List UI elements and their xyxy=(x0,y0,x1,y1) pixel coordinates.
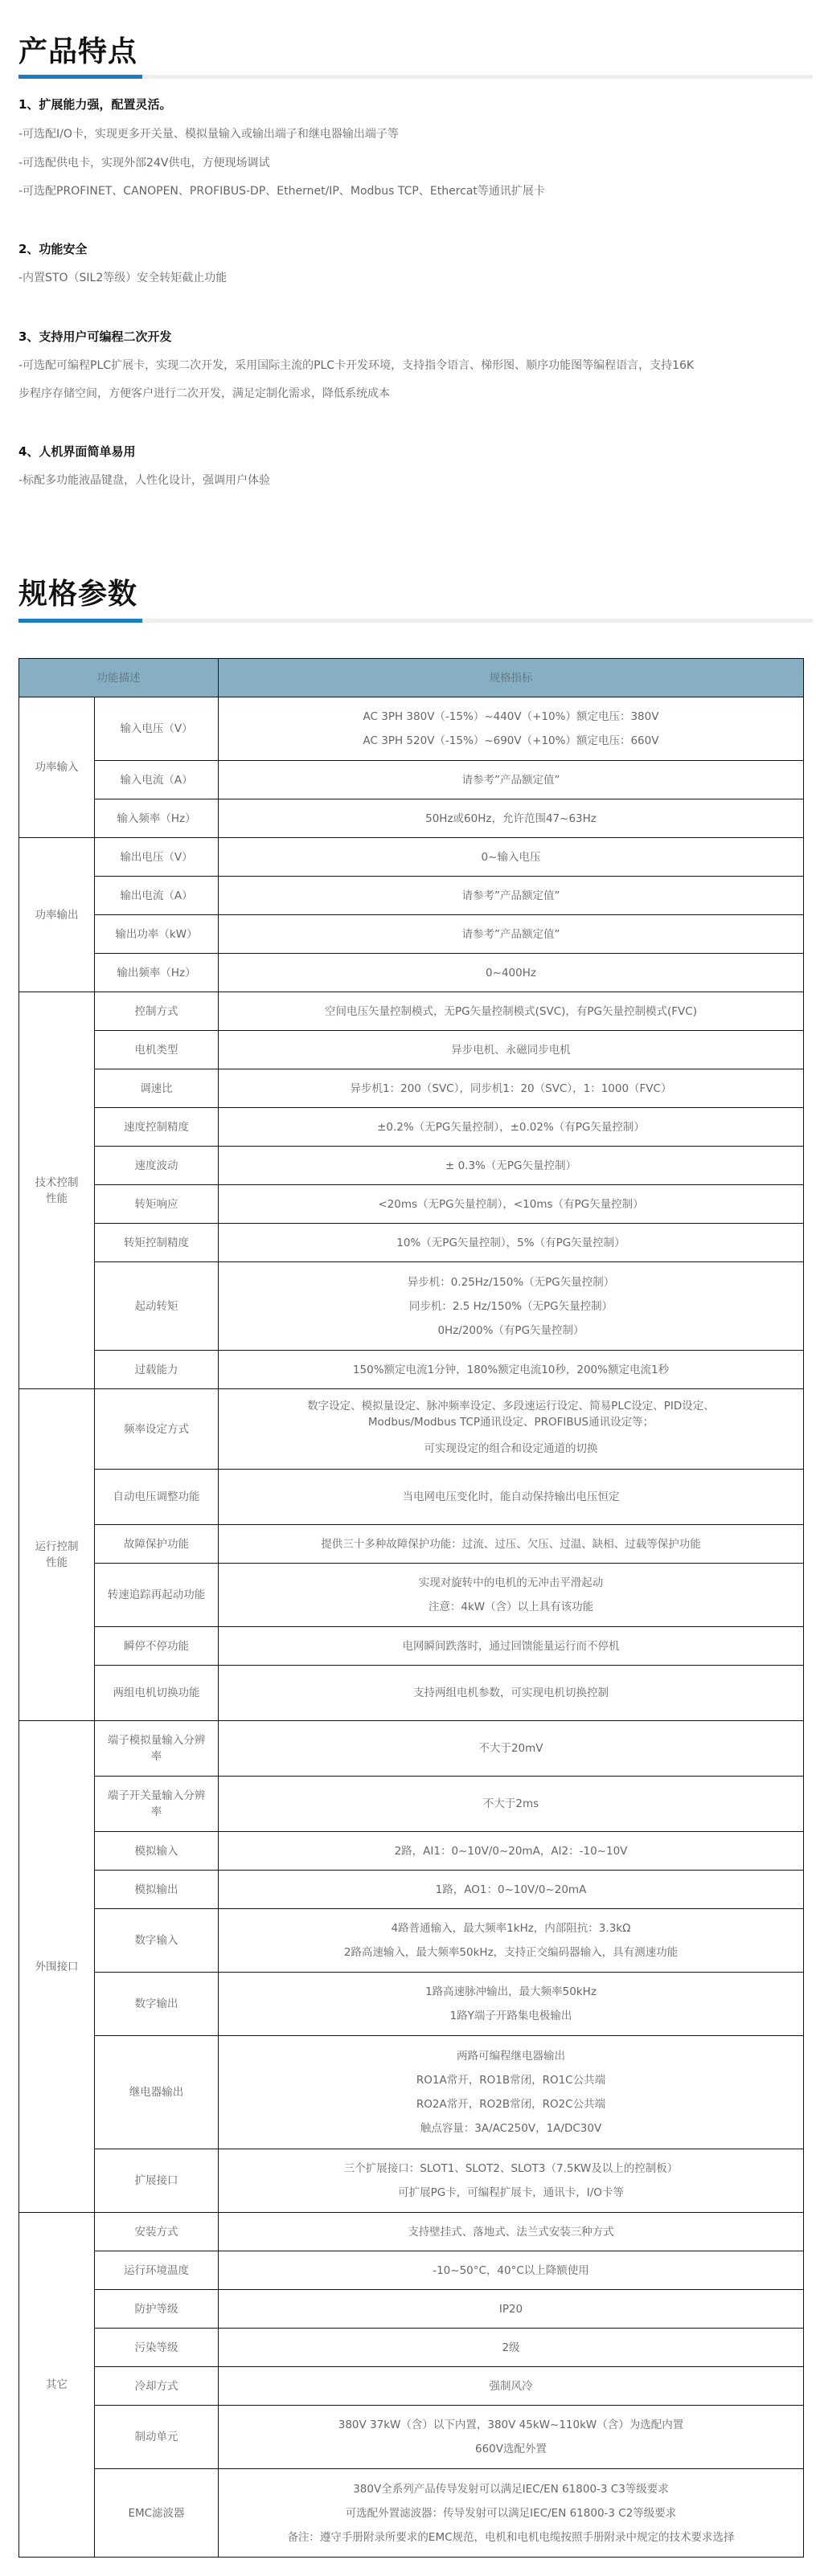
spec-label: 输入频率（Hz） xyxy=(95,799,219,838)
spec-value-line: 10%（无PG矢量控制），5%（有PG矢量控制） xyxy=(223,1231,798,1255)
table-row: 两组电机切换功能支持两组电机参数，可实现电机切换控制 xyxy=(19,1666,804,1721)
spec-value: 支持壁挂式、落地式、法兰式安装三种方式 xyxy=(219,2213,804,2251)
spec-label: 模拟输出 xyxy=(95,1871,219,1909)
spec-label: 输入电流（A） xyxy=(95,761,219,799)
spec-value-line: 380V全系列产品传导发射可以满足IEC/EN 61800-3 C3等级要求 xyxy=(223,2477,798,2501)
group-label: 功率输出 xyxy=(19,838,95,992)
table-row: 扩展接口三个扩展接口：SLOT1、SLOT2、SLOT3（7.5KW及以上的控制… xyxy=(19,2149,804,2213)
spec-value-line: 触点容量：3A/AC250V，1A/DC30V xyxy=(223,2116,798,2141)
spec-label: 数字输入 xyxy=(95,1909,219,1973)
spec-value-line: 异步机：0.25Hz/150%（无PG矢量控制） xyxy=(223,1270,798,1294)
title-accent-bar xyxy=(18,75,142,79)
group-label: 外围接口 xyxy=(19,1721,95,2213)
spec-value: 4路普通输入，最大频率1kHz，内部阻抗：3.3kΩ2路高速输入，最大频率50k… xyxy=(219,1909,804,1973)
spec-value: <20ms（无PG矢量控制），<10ms（有PG矢量控制） xyxy=(219,1185,804,1224)
spec-value: ±0.2%（无PG矢量控制），±0.02%（有PG矢量控制） xyxy=(219,1108,804,1147)
spec-label: 控制方式 xyxy=(95,992,219,1031)
spec-value-line: 请参考”产品额定值” xyxy=(223,884,798,908)
spec-label: 转矩响应 xyxy=(95,1185,219,1224)
spec-value: 异步机1：200（SVC），同步机1：20（SVC），1：1000（FVC） xyxy=(219,1069,804,1108)
spec-value: 2级 xyxy=(219,2329,804,2367)
spec-label: 过载能力 xyxy=(95,1351,219,1389)
spec-value: 1路，AO1：0~10V/0~20mA xyxy=(219,1871,804,1909)
table-row: 污染等级2级 xyxy=(19,2329,804,2367)
table-row: 功率输出输出电压（V）0~输入电压 xyxy=(19,838,804,877)
feature-line: -可选配供电卡，实现外部24V供电，方便现场调试 xyxy=(18,154,269,170)
spec-label: 输出电压（V） xyxy=(95,838,219,877)
spec-value-line: 0Hz/200%（有PG矢量控制） xyxy=(223,1319,798,1343)
feature-heading-4: 4、人机界面简单易用 xyxy=(18,443,135,460)
feature-line: -可选配I/O卡，实现更多开关量、模拟量输入或输出端子和继电器输出端子等 xyxy=(18,125,399,141)
feature-line: -可选配可编程PLC扩展卡，实现二次开发，采用国际主流的PLC卡开发环境，支持指… xyxy=(18,357,694,373)
spec-value-line: 数字设定、模拟量设定、脉冲频率设定、多段速运行设定、简易PLC设定、PID设定、 xyxy=(223,1398,798,1414)
spec-value-line: 强制风冷 xyxy=(223,2374,798,2398)
spec-label: 污染等级 xyxy=(95,2329,219,2367)
spec-value: ± 0.3%（无PG矢量控制） xyxy=(219,1147,804,1185)
spec-label: 自动电压调整功能 xyxy=(95,1470,219,1525)
spec-value: 请参考”产品额定值” xyxy=(219,761,804,799)
spec-value-line: -10~50°C，40°C以上降额使用 xyxy=(223,2259,798,2283)
spec-label: 输出电流（A） xyxy=(95,877,219,915)
group-label: 技术控制性能 xyxy=(19,992,95,1389)
specs-title-underline xyxy=(18,619,813,623)
table-row: 数字输出1路高速脉冲输出，最大频率50kHz1路Y端子开路集电极输出 xyxy=(19,1973,804,2036)
spec-label: 瞬停不停功能 xyxy=(95,1627,219,1666)
spec-label: 速度波动 xyxy=(95,1147,219,1185)
spec-value: -10~50°C，40°C以上降额使用 xyxy=(219,2251,804,2290)
spec-value-line: 不大于20mV xyxy=(223,1736,798,1760)
spec-table-body: 功率输入输入电压（V）AC 3PH 380V（-15%）~440V（+10%）额… xyxy=(19,697,804,2558)
spec-label: 运行环境温度 xyxy=(95,2251,219,2290)
table-row: 调速比异步机1：200（SVC），同步机1：20（SVC），1：1000（FVC… xyxy=(19,1069,804,1108)
spec-value: 实现对旋转中的电机的无冲击平滑起动注意：4kW（含）以上具有该功能 xyxy=(219,1564,804,1627)
group-label: 功率输入 xyxy=(19,697,95,838)
spec-value-line: 注意：4kW（含）以上具有该功能 xyxy=(223,1595,798,1619)
table-row: 速度控制精度±0.2%（无PG矢量控制），±0.02%（有PG矢量控制） xyxy=(19,1108,804,1147)
table-row: 起动转矩异步机：0.25Hz/150%（无PG矢量控制）同步机：2.5 Hz/1… xyxy=(19,1262,804,1351)
spec-table: 功能描述 规格指标 功率输入输入电压（V）AC 3PH 380V（-15%）~4… xyxy=(18,658,804,2558)
spec-value-line: 异步电机、永磁同步电机 xyxy=(223,1038,798,1062)
spec-value: 10%（无PG矢量控制），5%（有PG矢量控制） xyxy=(219,1224,804,1262)
spec-value-line: Modbus/Modbus TCP通讯设定、PROFIBUS通讯设定等； xyxy=(223,1414,798,1430)
spec-value: 380V 37kW（含）以下内置，380V 45kW~110kW（含）为选配内置… xyxy=(219,2406,804,2469)
spec-value: IP20 xyxy=(219,2290,804,2329)
table-row: 模拟输入2路，AI1：0~10V/0~20mA，AI2：-10~10V xyxy=(19,1832,804,1871)
spec-value-line: 空间电压矢量控制模式，无PG矢量控制模式(SVC)，有PG矢量控制模式(FVC) xyxy=(223,1000,798,1024)
title-accent-bar xyxy=(18,619,142,623)
spec-value-line: 提供三十多种故障保护功能：过流、过压、欠压、过温、缺相、过载等保护功能 xyxy=(223,1532,798,1556)
spec-value-line: 可扩展PG卡，可编程扩展卡，通讯卡，I/O卡等 xyxy=(223,2181,798,2205)
table-row: 输出电流（A）请参考”产品额定值” xyxy=(19,877,804,915)
spec-label: 端子开关量输入分辨率 xyxy=(95,1777,219,1832)
table-row: 转矩控制精度10%（无PG矢量控制），5%（有PG矢量控制） xyxy=(19,1224,804,1262)
table-row: 模拟输出1路，AO1：0~10V/0~20mA xyxy=(19,1871,804,1909)
header-function: 功能描述 xyxy=(19,659,219,697)
table-row: 故障保护功能提供三十多种故障保护功能：过流、过压、欠压、过温、缺相、过载等保护功… xyxy=(19,1525,804,1564)
spec-value-line: 两路可编程继电器输出 xyxy=(223,2044,798,2068)
spec-value: 数字设定、模拟量设定、脉冲频率设定、多段速运行设定、简易PLC设定、PID设定、… xyxy=(219,1389,804,1470)
spec-label: 数字输出 xyxy=(95,1973,219,2036)
spec-label: 转矩控制精度 xyxy=(95,1224,219,1262)
spec-value-line: 当电网电压变化时，能自动保持输出电压恒定 xyxy=(223,1485,798,1509)
spec-value: 0~400Hz xyxy=(219,954,804,992)
spec-value: 150%额定电流1分钟，180%额定电流10秒，200%额定电流1秒 xyxy=(219,1351,804,1389)
spec-value-line: 1路，AO1：0~10V/0~20mA xyxy=(223,1878,798,1902)
spec-value-line: 380V 37kW（含）以下内置，380V 45kW~110kW（含）为选配内置 xyxy=(223,2413,798,2437)
spec-label: 输出频率（Hz） xyxy=(95,954,219,992)
spec-value-line: 异步机1：200（SVC），同步机1：20（SVC），1：1000（FVC） xyxy=(223,1077,798,1101)
feature-heading-2: 2、功能安全 xyxy=(18,240,87,257)
spec-label: 速度控制精度 xyxy=(95,1108,219,1147)
spec-value-line: 2级 xyxy=(223,2336,798,2360)
feature-line: -标配多功能液晶键盘，人性化设计，强调用户体验 xyxy=(18,472,270,488)
table-row: 运行控制性能频率设定方式数字设定、模拟量设定、脉冲频率设定、多段速运行设定、简易… xyxy=(19,1389,804,1470)
table-row: 外围接口端子模拟量输入分辨率不大于20mV xyxy=(19,1721,804,1777)
spec-label: 扩展接口 xyxy=(95,2149,219,2213)
spec-label: 频率设定方式 xyxy=(95,1389,219,1470)
spec-value-line: 1路高速脉冲输出，最大频率50kHz xyxy=(223,1980,798,2004)
spec-value: 空间电压矢量控制模式，无PG矢量控制模式(SVC)，有PG矢量控制模式(FVC) xyxy=(219,992,804,1031)
spec-label: 输入电压（V） xyxy=(95,697,219,761)
group-label: 其它 xyxy=(19,2213,95,2558)
spec-value: 50Hz或60Hz，允许范围47~63Hz xyxy=(219,799,804,838)
spec-label: 模拟输入 xyxy=(95,1832,219,1871)
header-spec: 规格指标 xyxy=(219,659,804,697)
spec-label: 调速比 xyxy=(95,1069,219,1108)
spec-label: 两组电机切换功能 xyxy=(95,1666,219,1721)
table-row: 过载能力150%额定电流1分钟，180%额定电流10秒，200%额定电流1秒 xyxy=(19,1351,804,1389)
spec-value: 三个扩展接口：SLOT1、SLOT2、SLOT3（7.5KW及以上的控制板）可扩… xyxy=(219,2149,804,2213)
spec-value: 0~输入电压 xyxy=(219,838,804,877)
feature-heading-3: 3、支持用户可编程二次开发 xyxy=(18,328,171,345)
table-row: 速度波动± 0.3%（无PG矢量控制） xyxy=(19,1147,804,1185)
spec-label: 继电器输出 xyxy=(95,2036,219,2149)
spec-value-line: 同步机：2.5 Hz/150%（无PG矢量控制） xyxy=(223,1294,798,1319)
table-row: 数字输入4路普通输入，最大频率1kHz，内部阻抗：3.3kΩ2路高速输入，最大频… xyxy=(19,1909,804,1973)
spec-value-line: 实现对旋转中的电机的无冲击平滑起动 xyxy=(223,1571,798,1595)
spec-value-line: 请参考”产品额定值” xyxy=(223,768,798,792)
feature-line: 步程序存储空间，方便客户进行二次开发，满足定制化需求，降低系统成本 xyxy=(18,385,390,401)
spec-label: 起动转矩 xyxy=(95,1262,219,1351)
spec-value-line: 0~400Hz xyxy=(223,961,798,985)
table-row: 输出功率（kW）请参考”产品额定值” xyxy=(19,915,804,954)
spec-label: 防护等级 xyxy=(95,2290,219,2329)
features-title: 产品特点 xyxy=(18,29,137,70)
spec-value: 2路，AI1：0~10V/0~20mA，AI2：-10~10V xyxy=(219,1832,804,1871)
feature-line: -内置STO（SIL2等级）安全转矩截止功能 xyxy=(18,269,227,285)
spec-value: 电网瞬间跌落时，通过回馈能量运行而不停机 xyxy=(219,1627,804,1666)
features-title-underline xyxy=(18,75,813,79)
spec-label: 输出功率（kW） xyxy=(95,915,219,954)
table-row: EMC滤波器380V全系列产品传导发射可以满足IEC/EN 61800-3 C3… xyxy=(19,2469,804,2558)
spec-value-line: 4路普通输入，最大频率1kHz，内部阻抗：3.3kΩ xyxy=(223,1916,798,1940)
spec-value: 当电网电压变化时，能自动保持输出电压恒定 xyxy=(219,1470,804,1525)
table-row: 防护等级IP20 xyxy=(19,2290,804,2329)
spec-value-line: 支持两组电机参数，可实现电机切换控制 xyxy=(223,1681,798,1705)
spec-value-line: 1路Y端子开路集电极输出 xyxy=(223,2004,798,2028)
feature-heading-1: 1、扩展能力强，配置灵活。 xyxy=(18,96,171,112)
spec-value: 支持两组电机参数，可实现电机切换控制 xyxy=(219,1666,804,1721)
table-row: 输入电流（A）请参考”产品额定值” xyxy=(19,761,804,799)
spec-label: 端子模拟量输入分辨率 xyxy=(95,1721,219,1777)
spec-value-line: 2路高速输入，最大频率50kHz，支持正交编码器输入，具有测速功能 xyxy=(223,1940,798,1965)
table-row: 输出频率（Hz）0~400Hz xyxy=(19,954,804,992)
spec-value-line: 可实现设定的组合和设定通道的切换 xyxy=(223,1437,798,1461)
spec-label: 制动单元 xyxy=(95,2406,219,2469)
spec-value: 不大于2ms xyxy=(219,1777,804,1832)
feature-line: -可选配PROFINET、CANOPEN、PROFIBUS-DP、Etherne… xyxy=(18,182,545,198)
spec-label: 电机类型 xyxy=(95,1031,219,1069)
spec-value-line: 50Hz或60Hz，允许范围47~63Hz xyxy=(223,807,798,831)
spec-value-line: 备注：遵守手册附录所要求的EMC规范，电机和电机电缆按照手册附录中规定的技术要求… xyxy=(223,2525,798,2549)
spec-table-header: 功能描述 规格指标 xyxy=(19,659,804,697)
spec-value-line: 660V选配外置 xyxy=(223,2437,798,2461)
spec-label: EMC滤波器 xyxy=(95,2469,219,2558)
table-row: 技术控制性能控制方式空间电压矢量控制模式，无PG矢量控制模式(SVC)，有PG矢… xyxy=(19,992,804,1031)
table-row: 其它安装方式支持壁挂式、落地式、法兰式安装三种方式 xyxy=(19,2213,804,2251)
spec-value: 强制风冷 xyxy=(219,2367,804,2406)
spec-value-line: RO2A常开，RO2B常闭，RO2C公共端 xyxy=(223,2092,798,2116)
spec-value: 1路高速脉冲输出，最大频率50kHz1路Y端子开路集电极输出 xyxy=(219,1973,804,2036)
spec-value-line: 请参考”产品额定值” xyxy=(223,922,798,947)
spec-value: 不大于20mV xyxy=(219,1721,804,1777)
table-row: 转矩响应<20ms（无PG矢量控制），<10ms（有PG矢量控制） xyxy=(19,1185,804,1224)
spec-value: 提供三十多种故障保护功能：过流、过压、欠压、过温、缺相、过载等保护功能 xyxy=(219,1525,804,1564)
spec-value: 请参考”产品额定值” xyxy=(219,877,804,915)
spec-value-line: RO1A常开，RO1B常闭，RO1C公共端 xyxy=(223,2068,798,2092)
spec-value-line: 三个扩展接口：SLOT1、SLOT2、SLOT3（7.5KW及以上的控制板） xyxy=(223,2157,798,2181)
table-row: 功率输入输入电压（V）AC 3PH 380V（-15%）~440V（+10%）额… xyxy=(19,697,804,761)
spec-value: AC 3PH 380V（-15%）~440V（+10%）额定电压：380VAC … xyxy=(219,697,804,761)
table-row: 转速追踪再起动功能实现对旋转中的电机的无冲击平滑起动注意：4kW（含）以上具有该… xyxy=(19,1564,804,1627)
table-row: 端子开关量输入分辨率不大于2ms xyxy=(19,1777,804,1832)
table-row: 电机类型异步电机、永磁同步电机 xyxy=(19,1031,804,1069)
spec-value-line: AC 3PH 380V（-15%）~440V（+10%）额定电压：380V xyxy=(223,705,798,729)
spec-value-line: IP20 xyxy=(223,2297,798,2321)
table-row: 输入频率（Hz）50Hz或60Hz，允许范围47~63Hz xyxy=(19,799,804,838)
spec-value: 两路可编程继电器输出RO1A常开，RO1B常闭，RO1C公共端RO2A常开，RO… xyxy=(219,2036,804,2149)
spec-value-line: AC 3PH 520V（-15%）~690V（+10%）额定电压：660V xyxy=(223,729,798,753)
spec-value-line: 电网瞬间跌落时，通过回馈能量运行而不停机 xyxy=(223,1634,798,1658)
table-row: 自动电压调整功能当电网电压变化时，能自动保持输出电压恒定 xyxy=(19,1470,804,1525)
spec-label: 故障保护功能 xyxy=(95,1525,219,1564)
table-row: 运行环境温度-10~50°C，40°C以上降额使用 xyxy=(19,2251,804,2290)
spec-value-line: 2路，AI1：0~10V/0~20mA，AI2：-10~10V xyxy=(223,1839,798,1863)
spec-label: 安装方式 xyxy=(95,2213,219,2251)
spec-value-line: ±0.2%（无PG矢量控制），±0.02%（有PG矢量控制） xyxy=(223,1115,798,1139)
table-row: 冷却方式强制风冷 xyxy=(19,2367,804,2406)
spec-value-line: <20ms（无PG矢量控制），<10ms（有PG矢量控制） xyxy=(223,1192,798,1216)
spec-value-line: 150%额定电流1分钟，180%额定电流10秒，200%额定电流1秒 xyxy=(223,1358,798,1382)
spec-label: 转速追踪再起动功能 xyxy=(95,1564,219,1627)
specs-title: 规格参数 xyxy=(18,571,137,612)
spec-value-line: ± 0.3%（无PG矢量控制） xyxy=(223,1154,798,1178)
spec-value-line: 0~输入电压 xyxy=(223,845,798,869)
spec-label: 冷却方式 xyxy=(95,2367,219,2406)
group-label: 运行控制性能 xyxy=(19,1389,95,1721)
table-row: 瞬停不停功能电网瞬间跌落时，通过回馈能量运行而不停机 xyxy=(19,1627,804,1666)
spec-value-line: 不大于2ms xyxy=(223,1792,798,1816)
spec-value: 380V全系列产品传导发射可以满足IEC/EN 61800-3 C3等级要求可选… xyxy=(219,2469,804,2558)
spec-value: 异步电机、永磁同步电机 xyxy=(219,1031,804,1069)
table-row: 继电器输出两路可编程继电器输出RO1A常开，RO1B常闭，RO1C公共端RO2A… xyxy=(19,2036,804,2149)
spec-value: 异步机：0.25Hz/150%（无PG矢量控制）同步机：2.5 Hz/150%（… xyxy=(219,1262,804,1351)
spec-value-line: 支持壁挂式、落地式、法兰式安装三种方式 xyxy=(223,2220,798,2244)
spec-value: 请参考”产品额定值” xyxy=(219,915,804,954)
spec-value-line: 可选配外置滤波器：传导发射可以满足IEC/EN 61800-3 C2等级要求 xyxy=(223,2501,798,2525)
table-row: 制动单元380V 37kW（含）以下内置，380V 45kW~110kW（含）为… xyxy=(19,2406,804,2469)
